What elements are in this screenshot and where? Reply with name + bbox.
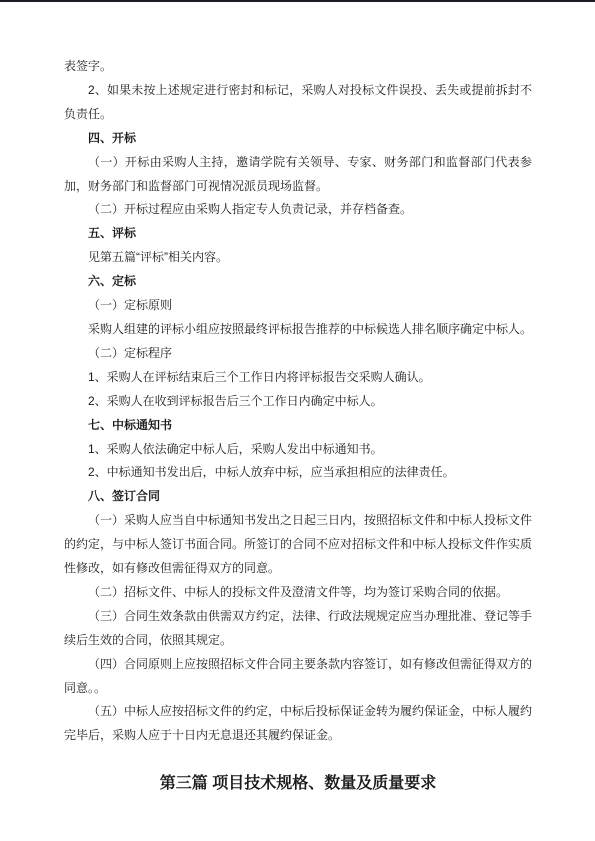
paragraph: （一）采购人应当自中标通知书发出之日起三日内，按照招标文件和中标人投标文件的约定… [64, 509, 532, 581]
paragraph: （一）定标原则 [64, 294, 532, 318]
blank-line [64, 748, 532, 772]
paragraph: 2、中标通知书发出后，中标人放弃中标，应当承担相应的法律责任。 [64, 461, 532, 485]
paragraph: （二）开标过程应由采购人指定专人负责记录，并存档备查。 [64, 198, 532, 222]
paragraph: （二）定标程序 [64, 342, 532, 366]
paragraph-continuation: 表签字。 [64, 55, 532, 79]
section-heading: 六、定标 [64, 270, 532, 294]
section-heading: 四、开标 [64, 127, 532, 151]
chapter-title: 第三篇 项目技术规格、数量及质量要求 [64, 772, 532, 796]
paragraph: （五）中标人应按招标文件的约定，中标后投标保证金转为履约保证金，中标人履约完毕后… [64, 700, 532, 748]
paragraph: 1、采购人在评标结束后三个工作日内将评标报告交采购人确认。 [64, 366, 532, 390]
paragraph: （一）开标由采购人主持，邀请学院有关领导、专家、财务部门和监督部门代表参加，财务… [64, 151, 532, 199]
paragraph: （二）招标文件、中标人的投标文件及澄清文件等，均为签订采购合同的依据。 [64, 581, 532, 605]
section-heading: 八、签订合同 [64, 485, 532, 509]
section-heading: 五、评标 [64, 222, 532, 246]
paragraph: 见第五篇“评标”相关内容。 [64, 246, 532, 270]
window-top-edge [0, 0, 595, 2]
paragraph: 2、如果未按上述规定进行密封和标记，采购人对投标文件误投、丢失或提前拆封不负责任… [64, 79, 532, 127]
paragraph: 1、采购人依法确定中标人后，采购人发出中标通知书。 [64, 438, 532, 462]
document-body: 表签字。2、如果未按上述规定进行密封和标记，采购人对投标文件误投、丢失或提前拆封… [64, 55, 532, 796]
document-page: 表签字。2、如果未按上述规定进行密封和标记，采购人对投标文件误投、丢失或提前拆封… [0, 0, 595, 841]
paragraph: 采购人组建的评标小组应按照最终评标报告推荐的中标候选人排名顺序确定中标人。 [64, 318, 532, 342]
paragraph: （三）合同生效条款由供需双方约定，法律、行政法规规定应当办理批准、登记等手续后生… [64, 605, 532, 653]
section-heading: 七、中标通知书 [64, 414, 532, 438]
paragraph: （四）合同原则上应按照招标文件合同主要条款内容签订，如有修改但需征得双方的同意。… [64, 653, 532, 701]
paragraph: 2、采购人在收到评标报告后三个工作日内确定中标人。 [64, 390, 532, 414]
